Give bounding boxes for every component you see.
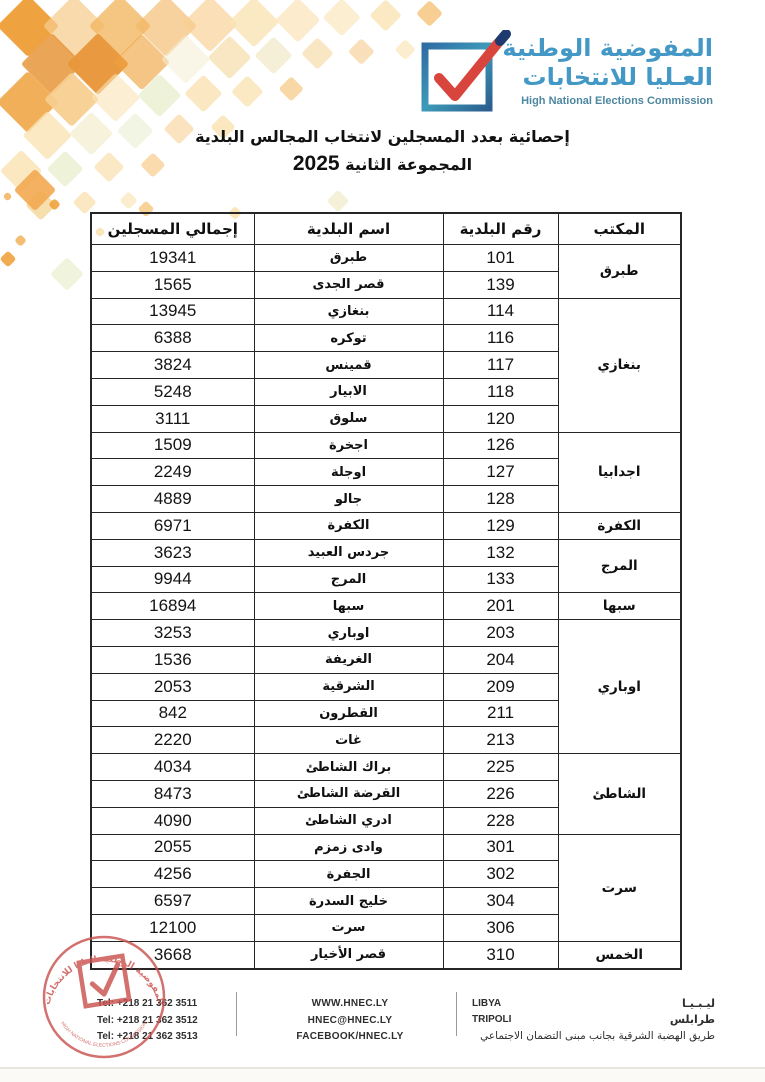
mosaic-diamond [184, 74, 222, 112]
municipality-name-cell: اوجلة [254, 459, 443, 486]
municipality-name-cell: بنغازي [254, 298, 443, 325]
mosaic-diamond [254, 36, 292, 74]
mosaic-diamond [43, 0, 105, 57]
municipality-number-cell: 213 [443, 727, 558, 754]
svg-text:المفوضية الوطنية العليا للانتخ: المفوضية الوطنية العليا للانتخابات [43, 954, 166, 1006]
municipality-name-cell: جالو [254, 486, 443, 513]
mosaic-diamond [208, 36, 252, 80]
office-cell: الكفرة [558, 512, 681, 539]
registered-total-cell: 1565 [91, 271, 254, 298]
mosaic-diamond [0, 71, 59, 133]
registered-total-cell: 2053 [91, 673, 254, 700]
registered-total-cell: 1509 [91, 432, 254, 459]
office-cell: اجدابيا [558, 432, 681, 512]
municipality-name-cell: الجفرة [254, 861, 443, 888]
registered-total-cell: 2249 [91, 459, 254, 486]
municipality-number-cell: 117 [443, 352, 558, 379]
mosaic-diamond [114, 34, 170, 90]
municipality-name-cell: الغريفة [254, 646, 443, 673]
municipality-number-cell: 225 [443, 754, 558, 781]
municipality-number-cell: 120 [443, 405, 558, 432]
municipality-name-cell: ادري الشاطئ [254, 807, 443, 834]
municipality-number-cell: 126 [443, 432, 558, 459]
table-row: الشاطئ225براك الشاطئ4034 [91, 754, 681, 781]
footer-location-block: ليـبـيـا LIBYA طرابلس TRIPOLI طريق الهضب… [460, 996, 715, 1044]
registered-total-cell: 842 [91, 700, 254, 727]
mosaic-diamond [21, 33, 83, 95]
registered-total-cell: 4256 [91, 861, 254, 888]
registered-total-cell: 9944 [91, 566, 254, 593]
table-row: اجدابيا126اجخرة1509 [91, 432, 681, 459]
registered-total-cell: 6388 [91, 325, 254, 352]
subtitle-year: 2025 [293, 152, 340, 175]
mosaic-diamond [119, 191, 138, 210]
municipality-name-cell: سرت [254, 914, 443, 941]
table-row: الكفرة129الكفرة6971 [91, 512, 681, 539]
municipality-name-cell: سبها [254, 593, 443, 620]
registered-total-cell: 3623 [91, 539, 254, 566]
logo-arabic-line1: المفوضية الوطنية [453, 34, 713, 63]
municipality-number-cell: 301 [443, 834, 558, 861]
mosaic-diamond [369, 0, 402, 32]
mosaic-diamond [48, 198, 61, 211]
municipality-name-cell: قصر الجدى [254, 271, 443, 298]
header-total-registered: إجمالي المسجلين [91, 213, 254, 245]
table-row: طبرق101طبرق19341 [91, 245, 681, 272]
registered-total-cell: 5248 [91, 378, 254, 405]
municipality-number-cell: 203 [443, 620, 558, 647]
municipality-number-cell: 116 [443, 325, 558, 352]
registered-total-cell: 4034 [91, 754, 254, 781]
footer-website: WWW.HNEC.LY [255, 996, 445, 1013]
registrations-table: المكتب رقم البلدية اسم البلدية إجمالي ال… [90, 212, 682, 970]
mosaic-diamond [91, 73, 141, 123]
footer-facebook: FACEBOOK/HNEC.LY [255, 1029, 445, 1046]
mosaic-diamond [229, 0, 280, 47]
mosaic-diamond [44, 72, 100, 128]
municipality-number-cell: 304 [443, 888, 558, 915]
municipality-name-cell: خليج السدرة [254, 888, 443, 915]
office-cell: سبها [558, 593, 681, 620]
footer-address: طريق الهضبة الشرقية بجانب مبنى التضمان ا… [460, 1028, 715, 1044]
municipality-name-cell: سلوق [254, 405, 443, 432]
municipality-name-cell: اجخرة [254, 432, 443, 459]
mosaic-diamond [67, 33, 129, 95]
city-arabic: طرابلس [670, 1012, 715, 1028]
registered-total-cell: 3111 [91, 405, 254, 432]
document-subtitle: المجموعة الثانية 2025 [0, 152, 765, 176]
municipality-name-cell: الابيار [254, 378, 443, 405]
municipality-number-cell: 226 [443, 780, 558, 807]
footer-web-links: WWW.HNEC.LY HNEC@HNEC.LY FACEBOOK/HNEC.L… [255, 996, 445, 1046]
registrations-table-body: طبرق101طبرق19341139قصر الجدى1565بنغازي11… [91, 245, 681, 969]
office-cell: سرت [558, 834, 681, 941]
municipality-number-cell: 128 [443, 486, 558, 513]
municipality-name-cell: قمينس [254, 352, 443, 379]
mosaic-diamond [135, 0, 197, 57]
registered-total-cell: 6597 [91, 888, 254, 915]
office-cell: طبرق [558, 245, 681, 299]
mosaic-diamond [395, 39, 416, 60]
municipality-number-cell: 127 [443, 459, 558, 486]
municipality-number-cell: 209 [443, 673, 558, 700]
registered-total-cell: 2220 [91, 727, 254, 754]
office-cell: اوباري [558, 620, 681, 754]
registered-total-cell: 3824 [91, 352, 254, 379]
municipality-name-cell: براك الشاطئ [254, 754, 443, 781]
footer-divider-right [456, 992, 457, 1036]
municipality-number-cell: 139 [443, 271, 558, 298]
table-row: بنغازي114بنغازي13945 [91, 298, 681, 325]
mosaic-diamond [161, 35, 211, 85]
municipality-name-cell: القطرون [254, 700, 443, 727]
country-arabic: ليـبـيـا [682, 996, 715, 1012]
mosaic-diamond [3, 192, 13, 202]
office-cell: المرج [558, 539, 681, 593]
municipality-name-cell: جردس العبيد [254, 539, 443, 566]
header-office: المكتب [558, 213, 681, 245]
municipality-name-cell: الكفرة [254, 512, 443, 539]
municipality-number-cell: 302 [443, 861, 558, 888]
municipality-number-cell: 201 [443, 593, 558, 620]
table-row: سرت301وادى زمزم2055 [91, 834, 681, 861]
office-cell: الخمس [558, 941, 681, 968]
mosaic-diamond [26, 190, 56, 220]
mosaic-diamond [275, 0, 320, 42]
mosaic-diamond [348, 38, 374, 64]
mosaic-diamond [231, 75, 263, 107]
subtitle-arabic: المجموعة الثانية [345, 155, 472, 174]
registered-total-cell: 1536 [91, 646, 254, 673]
document-title: إحصائية بعدد المسجلين لانتخاب المجالس ال… [0, 127, 765, 146]
logo-arabic-line2: العـليا للانتخابات [453, 63, 713, 92]
office-cell: الشاطئ [558, 754, 681, 834]
registered-total-cell: 4889 [91, 486, 254, 513]
city-english: TRIPOLI [460, 1012, 511, 1028]
table-row: المرج132جردس العبيد3623 [91, 539, 681, 566]
footer-email: HNEC@HNEC.LY [255, 1013, 445, 1030]
registered-total-cell: 2055 [91, 834, 254, 861]
office-cell: بنغازي [558, 298, 681, 432]
footer-city-row: طرابلس TRIPOLI [460, 1012, 715, 1028]
table-row: اوباري203اوباري3253 [91, 620, 681, 647]
municipality-name-cell: وادى زمزم [254, 834, 443, 861]
mosaic-diamond [50, 257, 84, 291]
registered-total-cell: 4090 [91, 807, 254, 834]
municipality-number-cell: 114 [443, 298, 558, 325]
header-municipality-number: رقم البلدية [443, 213, 558, 245]
table-header-row: المكتب رقم البلدية اسم البلدية إجمالي ال… [91, 213, 681, 245]
mosaic-diamond [0, 0, 59, 57]
municipality-number-cell: 133 [443, 566, 558, 593]
mosaic-diamond [14, 234, 27, 247]
logo-english-tagline: High National Elections Commission [453, 95, 713, 107]
municipality-number-cell: 129 [443, 512, 558, 539]
municipality-name-cell: الشرقية [254, 673, 443, 700]
footer-divider-left [236, 992, 237, 1036]
municipality-name-cell: القرضة الشاطئ [254, 780, 443, 807]
municipality-name-cell: غات [254, 727, 443, 754]
municipality-name-cell: اوباري [254, 620, 443, 647]
title-block: إحصائية بعدد المسجلين لانتخاب المجالس ال… [0, 127, 765, 176]
municipality-name-cell: طبرق [254, 245, 443, 272]
mosaic-diamond [182, 0, 239, 52]
table-row: سبها201سبها16894 [91, 593, 681, 620]
stamp-text-bottom: HIGH NATIONAL ELECTIONS COMMISSION [59, 1020, 149, 1048]
municipality-number-cell: 306 [443, 914, 558, 941]
municipality-number-cell: 101 [443, 245, 558, 272]
municipality-number-cell: 118 [443, 378, 558, 405]
mosaic-diamond [0, 251, 16, 268]
registered-total-cell: 13945 [91, 298, 254, 325]
municipality-number-cell: 310 [443, 941, 558, 968]
municipality-number-cell: 228 [443, 807, 558, 834]
header-municipality-name: اسم البلدية [254, 213, 443, 245]
mosaic-diamond [416, 0, 443, 27]
municipality-name-cell: المرج [254, 566, 443, 593]
registered-total-cell: 16894 [91, 593, 254, 620]
municipality-name-cell: توكره [254, 325, 443, 352]
footer-country-row: ليـبـيـا LIBYA [460, 996, 715, 1012]
municipality-number-cell: 204 [443, 646, 558, 673]
mosaic-diamond [327, 190, 350, 213]
mosaic-diamond [322, 0, 361, 37]
stamp-text-top: المفوضية الوطنية العليا للانتخابات [43, 954, 166, 1006]
document-page: المفوضية الوطنية العـليا للانتخابات High… [0, 0, 765, 1082]
mosaic-diamond [89, 0, 151, 57]
registered-total-cell: 8473 [91, 780, 254, 807]
mosaic-diamond [138, 74, 182, 118]
logo-text-block: المفوضية الوطنية العـليا للانتخابات High… [453, 34, 713, 107]
registered-total-cell: 3253 [91, 620, 254, 647]
registered-total-cell: 6971 [91, 512, 254, 539]
registered-total-cell: 19341 [91, 245, 254, 272]
official-stamp: المفوضية الوطنية العليا للانتخابات HIGH … [32, 925, 182, 1075]
mosaic-diamond [301, 37, 333, 69]
municipality-number-cell: 132 [443, 539, 558, 566]
country-english: LIBYA [460, 996, 501, 1012]
municipality-number-cell: 211 [443, 700, 558, 727]
mosaic-diamond [278, 76, 304, 102]
svg-text:HIGH NATIONAL ELECTIONS COMMIS: HIGH NATIONAL ELECTIONS COMMISSION [59, 1020, 149, 1048]
municipality-name-cell: قصر الأخيار [254, 941, 443, 968]
